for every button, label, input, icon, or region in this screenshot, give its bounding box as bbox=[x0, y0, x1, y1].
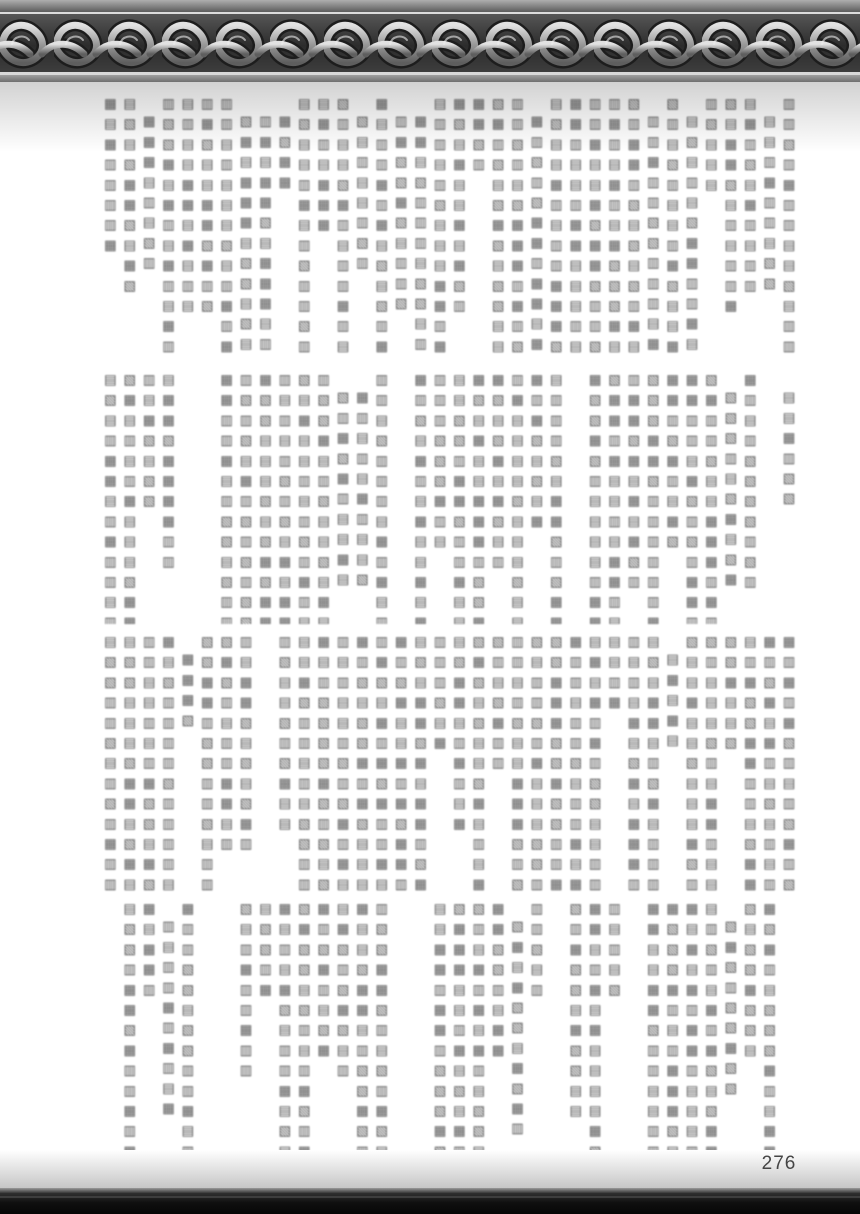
redacted-text-column: ▤▥▥▥▧▤▦▦▧▥▧▦▦ bbox=[546, 372, 565, 624]
redacted-text-column: ▤▧▤▦▦▤▥▧▦▤▥▥▥ bbox=[643, 634, 662, 892]
redacted-text-column: ▥▥▧▤▥ bbox=[527, 901, 546, 1157]
redacted-text-column: ▦▧▦▥▦▧▥▧▥▧▥▧ bbox=[779, 901, 798, 1157]
redacted-text-column: ▥▥▤▤▥▤▥▦▧▧▤▦▧ bbox=[139, 634, 158, 892]
redacted-text-column: ▧▥▤▧▦▥▥ bbox=[488, 634, 507, 892]
redacted-text-column: ▦▧▤▧▦▤▦▧▤▥ bbox=[488, 372, 507, 624]
redacted-text-column: ▦▦▧▥ bbox=[468, 96, 487, 358]
redacted-text-column: ▦▥▤▥▧▧▧▧▥▧▥ bbox=[740, 372, 759, 624]
redacted-text-column: ▦▥▧▥▤▧▥▤▧▦▤▤ bbox=[197, 372, 216, 624]
redacted-text-column: ▦▥▧▦▥▤▧▦ bbox=[313, 901, 332, 1157]
redacted-text-column: ▦▥▦▧▤▧▤▦ bbox=[527, 372, 546, 624]
redacted-text-column: ▧▤▥▦▥▥▦▥▥ bbox=[236, 901, 255, 1157]
redacted-text-column: ▤▥▧▥▤▦▥▦▧▤▧▦▦ bbox=[701, 901, 720, 1157]
redacted-text-column: ▥▧▥▧▤▦▥▧▥▧▥▧▧ bbox=[236, 372, 255, 624]
redacted-text-column: ▦▦▥▥▤▦▧▥▧▥▦▦▥ bbox=[682, 372, 701, 624]
top-frame-bar bbox=[0, 0, 860, 12]
redacted-text-column: ▦▤▥▥▦▥▦▤▧▤▧▥▦ bbox=[371, 96, 390, 358]
redacted-text-column: ▥▤▦▧▤▧▧ bbox=[139, 372, 158, 624]
redacted-text-column: ▤▤▦▥▧▧ bbox=[779, 372, 798, 624]
page-bottom-shadow bbox=[0, 1150, 860, 1188]
redacted-text-column: ▦▦▥▥▦▤▥▧▧▤▧▥▥ bbox=[216, 372, 235, 624]
redacted-text-column: ▤▧▧▥▥▧▤▥▧▥▦▥▥ bbox=[100, 634, 119, 892]
redacted-text-column: ▧▦▥▥▧▤▤▦▦▦▥▦▥ bbox=[701, 372, 720, 624]
redacted-text-column: ▥▤▥▤▦▤▧▦▤▦▦▦▥ bbox=[623, 634, 642, 892]
text-block-1: ▥▥▧▥▦▥▥▤▤▧▤▥▥ ▤▤▥▦▥▥▤▧▧▤▦▥▧▤▦▥▤▥▥▧▤▦▦▧▤▥… bbox=[70, 96, 798, 358]
redacted-text-column: ▥▦▧▤▦▥▦▧▦▥▥▦▤ bbox=[371, 634, 390, 892]
redacted-text-column: ▥▧▧▦▦▧▥▤▧▥▦▧▤ bbox=[371, 901, 390, 1157]
frame-seam-dark bbox=[0, 75, 860, 82]
redacted-text-column: ▦▧▤▦▤▤▦▤▦▧▥ bbox=[449, 96, 468, 358]
redacted-text-column: ▦▤▦▦▥ bbox=[139, 901, 158, 1157]
redacted-text-column: ▦▥▧▦▤▤▦▥▦▧▦▦▥ bbox=[391, 634, 410, 892]
redacted-text-column: ▧▦▤▥▤▥▦▤▤▤▧▦▦ bbox=[119, 372, 138, 624]
redacted-text-column: ▥▤▥▥▦▥▦▥▤▦ bbox=[158, 901, 177, 1157]
redacted-text-column: ▧▥▦▧▧▤▦▧▧▤▤ bbox=[565, 901, 584, 1157]
redacted-text-column: ▦▥▧▤▦▥▤▦▤▤▦▤▦ bbox=[410, 372, 429, 624]
redacted-text-column: ▧▤▥▤▤▥▧▥ bbox=[352, 96, 371, 358]
redacted-text-column: ▤▤▦▦▥▦▦▥▧▧▧▦▧ bbox=[430, 901, 449, 1157]
redacted-text-column: ▥▦▧▧▦▧▤▥▥▧ bbox=[391, 96, 410, 358]
redacted-text-column: ▦▤▤▧▦▦▤▥▧▧▦▧▥ bbox=[352, 901, 371, 1157]
redacted-text-column: ▤▤▥▦▥▥▤▧▧ bbox=[759, 96, 778, 358]
redacted-text-column: ▤▤▦▧▥▥▤▥▤▧▧▥▥ bbox=[294, 634, 313, 892]
redacted-text-column: ▦▧▧▤▤▦▦▧▧▤▦▦ bbox=[546, 901, 565, 1157]
redacted-text-column: ▥▧▤▤▧▥▧▦▤▤ bbox=[274, 634, 293, 892]
redacted-text-column: ▧▦▦▥▦▤▤▥▤▦▦▥▤ bbox=[604, 372, 623, 624]
redacted-text-column: ▧▧▦▦▥▧▧▥▥▧▤▥▥ bbox=[197, 634, 216, 892]
redacted-text-column: ▥▥▥▧▤▦ bbox=[430, 634, 449, 892]
redacted-text-column: ▥▧▤▤▤ bbox=[701, 96, 720, 358]
redacted-text-column: ▦▥▦▥▦▧▥▤▥▧▦▥▧ bbox=[779, 634, 798, 892]
redacted-text-column: ▤▧▧▥▦▦▧▦▥▥▦▥▦ bbox=[119, 901, 138, 1157]
redacted-text-column: ▦▤▥▧▧▧▧▦▧▥▧▤▧ bbox=[313, 634, 332, 892]
redacted-text-column: ▦▧▧▦▧▥▤▤▤▤▥▦▦ bbox=[585, 372, 604, 624]
redacted-text-column: ▥▧▧▦▤▥▧▤▤▧▤▦▤ bbox=[313, 372, 332, 624]
page-number: 276 bbox=[756, 1153, 802, 1175]
redacted-text-column: ▥▦▥▤▦▥▤▦▧▧▧▦▤ bbox=[604, 96, 623, 358]
redacted-text-column: ▧▥▦▦▥▧▤▧▤▧▥▦▤ bbox=[623, 96, 642, 358]
text-block-2: ▤▤▦▥▧▧ ▦▦▧▧▤▥▦▤▥▧▦▧▦▥▤▥▧▧▧▧▥▧▥ ▧▧▧▥▤▧▦▤▧… bbox=[70, 372, 798, 624]
redacted-text-column: ▥▥▦▤▤▦▧▦▦▧▥▥▧ bbox=[585, 96, 604, 358]
redacted-text-column: ▥▥▦▥▥▧▧▥▥▥▤▦ bbox=[643, 96, 662, 358]
redacted-text-column: ▥▥▥▧▧▧▦▥▤ bbox=[430, 372, 449, 624]
redacted-text-column: ▤▥▦▧▧▦▦▥▥▤▧▦▦ bbox=[740, 634, 759, 892]
redacted-text-column: ▥▦▦▥▥▤▥▧▤▧▥▤ bbox=[216, 901, 235, 1157]
redacted-text-column: ▦▧▦▦ bbox=[274, 96, 293, 358]
knotwork-border-icon bbox=[0, 14, 860, 72]
redacted-text-column: ▧▥▦▧▦▥▤▤▦▤ bbox=[333, 372, 352, 624]
redacted-text-column: ▦▤▧▥▥▥▥▧▥▥▥▥▤ bbox=[158, 634, 177, 892]
redacted-text-column: ▥▥▤▥▤▤▤▧▤▥▦▥▦ bbox=[216, 96, 235, 358]
redacted-text-column: ▥▧▧▦▤▦▥▤▦▥▤▦▥ bbox=[158, 96, 177, 358]
redacted-text-column: ▦▥▧▦▤▦▥▤▧▤▥▤▥ bbox=[759, 634, 778, 892]
redacted-text-column: ▦▦▦▤▥▤▧▥ bbox=[139, 96, 158, 358]
redacted-text-column: ▥▦▧▤▤▦▦▧▦▥▧ bbox=[197, 96, 216, 358]
redacted-text-column: ▦▤▥▤▦▧▤▥▥▦▤▧▤ bbox=[274, 901, 293, 1157]
redacted-text-column: ▤▦▥▤▦▦▦ bbox=[313, 96, 332, 358]
redacted-text-column: ▥▤▥▤▤▥▧▥▧▦▥▦▤ bbox=[333, 634, 352, 892]
redacted-text-column: ▧▦▧▥▧▧▦▧▧ bbox=[720, 901, 739, 1157]
redacted-text-column: ▧▥▤▧▥▤▤▥▦▧▤▤▦ bbox=[662, 96, 681, 358]
redacted-text-column: ▥▤▥▤▥▧▥▧▤▦▤▦▦ bbox=[274, 372, 293, 624]
redacted-text-column: ▦▧▦▥▤▧▧▧▦▥▤▦▦ bbox=[759, 901, 778, 1157]
redacted-text-column: ▦▥▥▧▧▤▧▧▥▥▦▤▥ bbox=[178, 901, 197, 1157]
redacted-text-column: ▦▧▧▤▤▤▧▤▧▦▧▦▦ bbox=[255, 372, 274, 624]
redacted-text-column: ▤▦▤▦▥▦▥▧▧▤▤▥▥ bbox=[585, 634, 604, 892]
redacted-text-column: ▥▦▦▧▦▤▦▤▦▧▥ bbox=[623, 372, 642, 624]
redacted-text-column: ▥▦▤▦▦▧▤▦▦▦▤▥ bbox=[255, 96, 274, 358]
redacted-text-column: ▤▤▦▤▥▧▥▦▤▧▥▧ bbox=[197, 901, 216, 1157]
redacted-text-column: ▥▤▥▤▧ bbox=[604, 901, 623, 1157]
redacted-text-column: ▦▦▦▧ bbox=[178, 634, 197, 892]
redacted-text-column: ▧▦▧▤▧▤▤▧▦▤▥▤▦ bbox=[468, 634, 487, 892]
redacted-text-column: ▧▧▧▥▤▧▦▤▧▦ bbox=[720, 372, 739, 624]
redacted-text-column: ▦▦▧▧▥▤▦▦ bbox=[488, 901, 507, 1157]
redacted-text-column: ▧▦▤▦▦▦▤▧▧▤▧▤ bbox=[236, 96, 255, 358]
redacted-text-column: ▧▥▤▤▤▧▥▤▦▦▥▤▤ bbox=[701, 634, 720, 892]
redacted-text-column: ▧▧▧▦▦▧▥▥▥▥▥▥▦ bbox=[643, 372, 662, 624]
text-block-3: ▦▥▦▥▦▧▥▤▥▧▦▥▧▦▥▧▦▤▦▥▤▧▤▥▤▥▤▥▦▧▧▦▦▥▥▤▧▦▦▧… bbox=[70, 634, 798, 892]
redacted-text-column: ▧▧▦▤▤▧ bbox=[720, 634, 739, 892]
redacted-text-column: ▧▦▧▧▤▧▥▤▥▦▧▥▦ bbox=[294, 901, 313, 1157]
bottom-frame-sheen bbox=[0, 1196, 860, 1198]
redacted-text-column: ▦▥▧▤▧▧▦▥▦▧▤▤▤ bbox=[352, 634, 371, 892]
redacted-text-column: ▥▦▥▤▥▧▦▤▦▥▥▧ bbox=[255, 634, 274, 892]
redacted-text-column: ▦▧▧▧▦▥▤▥▦▦▦▧▤ bbox=[662, 901, 681, 1157]
redacted-text-column: ▤▥▤▤▤▧▤▤▦▦▧▤ bbox=[623, 901, 642, 1157]
redacted-text-column: ▦▤▧▤▤▥▦▧▤▦▧▦ bbox=[178, 372, 197, 624]
redacted-text-column: ▧▦▥▧▤▧▦▧▤▧▧▤▤ bbox=[488, 96, 507, 358]
redacted-text-column: ▤▧▤▦▦▧▦▤▦▦▥▧▦ bbox=[410, 634, 429, 892]
redacted-text-column: ▦▦▥▤▤▥▦▦▤▤▤▥▤ bbox=[565, 96, 584, 358]
redacted-text-column: ▤▦▧▥▧▦▧▤▥ bbox=[333, 901, 352, 1157]
redacted-text-column: ▧▤▧▧▦▧▧▤ bbox=[740, 901, 759, 1157]
redacted-text-column: ▧▥▤▤▧▦▥▤▥▥▦▥▤ bbox=[333, 96, 352, 358]
redacted-text-column: ▤▧▧▥▦ bbox=[255, 901, 274, 1157]
redacted-text-column: ▥▥▤▥▧▤▤▦▦▦▧▥▧ bbox=[507, 634, 526, 892]
redacted-text-column: ▤▧▤▤▦▥▤▥▥▦▦▦▧ bbox=[546, 96, 565, 358]
redacted-text-column: ▧▧▦▦▦▧▧▦▧▧▥▥▦ bbox=[546, 634, 565, 892]
redacted-text-column: ▦▥▤▥▤▦▥▤▤▧ bbox=[352, 372, 371, 624]
redacted-text-column: ▤▧▤▥▦▦▤▥▦▥▥▤▥ bbox=[100, 372, 119, 624]
redacted-text-column: ▧▥▤▦▥▦▤▦▥▤▧▧▤ bbox=[468, 901, 487, 1157]
redacted-text-column: ▤▦▦▧▦▦▦▦▥▥ bbox=[158, 372, 177, 624]
redacted-text-column: ▧▦▤▦▧▧▤▦▧▦▥ bbox=[507, 901, 526, 1157]
redacted-text-column: ▤▥▤▤▦▦▤▦▤▥▤ bbox=[178, 96, 197, 358]
redacted-text-column: ▤▤▥▦ bbox=[604, 634, 623, 892]
redacted-text-column: ▦▤▦▥▥▥▥▦ bbox=[100, 96, 119, 358]
redacted-text-column: ▦▤▦▤▦▥▦▦▥▤▤▤▥ bbox=[682, 901, 701, 1157]
redacted-text-column: ▤▧▤▥▤▧▦▦▥▥▦▤ bbox=[682, 96, 701, 358]
redacted-text-column: ▦▦▤▥▦▤▦▤▤▤▤▦▧ bbox=[585, 901, 604, 1157]
scanned-book-page: ▥▥▧▥▦▥▥▤▤▧▤▥▥ ▤▤▥▦▥▥▤▧▧▤▦▥▧▤▦▥▤▥▥▧▤▦▦▧▤▥… bbox=[0, 0, 860, 1214]
redacted-text-column: ▦▥▥▤▥▥▧▤▥▥▦▤▦ bbox=[565, 634, 584, 892]
redacted-text-column: ▦▧▥▧▤▦▧▥▦▦▥▤ bbox=[410, 901, 429, 1157]
redacted-text-column: ▧▦▦▦▤▤▥▦▤▧▤▦▥ bbox=[449, 901, 468, 1157]
redacted-text-column: ▦▦▤▧▥▥▥▤▧▧▤▥ bbox=[410, 96, 429, 358]
redacted-text-column: ▥▥▧▥▦▥▥▤▤▧▤▥▥ bbox=[779, 96, 798, 358]
redacted-text-column: ▦▧▤▦▤▤▦▦▦▥▧▧▦ bbox=[468, 372, 487, 624]
redacted-text-column: ▥▥▧▥▤▧▦▦▦▥▦▥▧ bbox=[507, 96, 526, 358]
redacted-text-column: ▦▥▧▥▧▦▦▥▦▦▤▦ bbox=[527, 96, 546, 358]
redacted-text-column: ▤▥▥▤▥▧▤▤▤▦▦▥▦ bbox=[430, 96, 449, 358]
redacted-text-column: ▥▥▤▧▥▥▥▤▦▥▦▤▥ bbox=[371, 372, 390, 624]
redacted-text-column: ▤▤▧▧▥▦▦▧▥▥▦▤▤ bbox=[449, 372, 468, 624]
redacted-text-column: ▦▦▥▧▦▥▤▦▧ bbox=[662, 372, 681, 624]
redacted-text-column: ▧▤▥▥▧▥▦▤▤▤▧▧▥ bbox=[527, 634, 546, 892]
redacted-text-column: ▤▧▤▤▥▦▤▥▧▥▥▧▥ bbox=[294, 96, 313, 358]
redacted-text-column: ▥▤▦▦▧▤▧▤▧▦▥ bbox=[236, 634, 255, 892]
redacted-text-column: ▧▦▧▥▤▥▥▦▦▤▥ bbox=[216, 634, 235, 892]
redacted-text-column: ▦▦▧▧▤▥▦▤▥▧▦▧ bbox=[759, 372, 778, 624]
redacted-text-column: ▤▥▧▧▦▥▧▥▧▦▥▦ bbox=[565, 372, 584, 624]
redacted-text-column: ▦▦▤▤▦▦▧▥▥▤▤▥▥ bbox=[643, 901, 662, 1157]
redacted-text-column: ▧▤▤▦▤▤▧▤▤▤▦▧▥ bbox=[682, 634, 701, 892]
redacted-text-column: ▥▦▤▤▤▤▧▤▤▤▧▤▤ bbox=[507, 372, 526, 624]
redacted-text-column: ▧▤▦▦▧▤▥▤▥▥▦ bbox=[720, 96, 739, 358]
redacted-text-column: ▤▦▥▧▤▦▥▤▥▥ bbox=[740, 96, 759, 358]
redacted-text-column: ▧▤▦▤▤▥▤▥▧▥▦▥▤ bbox=[294, 372, 313, 624]
text-block-4: ▦▧▦▥▦▧▥▧▥▧▥▧▦▧▦▥▤▧▧▧▦▥▤▦▦▧▤▧▧▦▧▧▤ ▧▦▧▥▧▧… bbox=[70, 901, 798, 1157]
redacted-text-column: ▤▦▤▦▤ bbox=[662, 634, 681, 892]
redacted-text-column: ▤▧▤▧▦▦▧▤▦▧ bbox=[119, 96, 138, 358]
redacted-text-column: ▤▧▧▤▤▤▧▦▦▤▧▦▤ bbox=[119, 634, 138, 892]
redacted-text-column: ▤▧▥▤▦▥▥▤▦▥▤▥ bbox=[391, 901, 410, 1157]
redacted-text-column: ▤▧▦▦▤▥▦▥▤▦ bbox=[449, 634, 468, 892]
redacted-text-column: ▧▦▥▧▦▥▥▤▧▤▤▦ bbox=[391, 372, 410, 624]
